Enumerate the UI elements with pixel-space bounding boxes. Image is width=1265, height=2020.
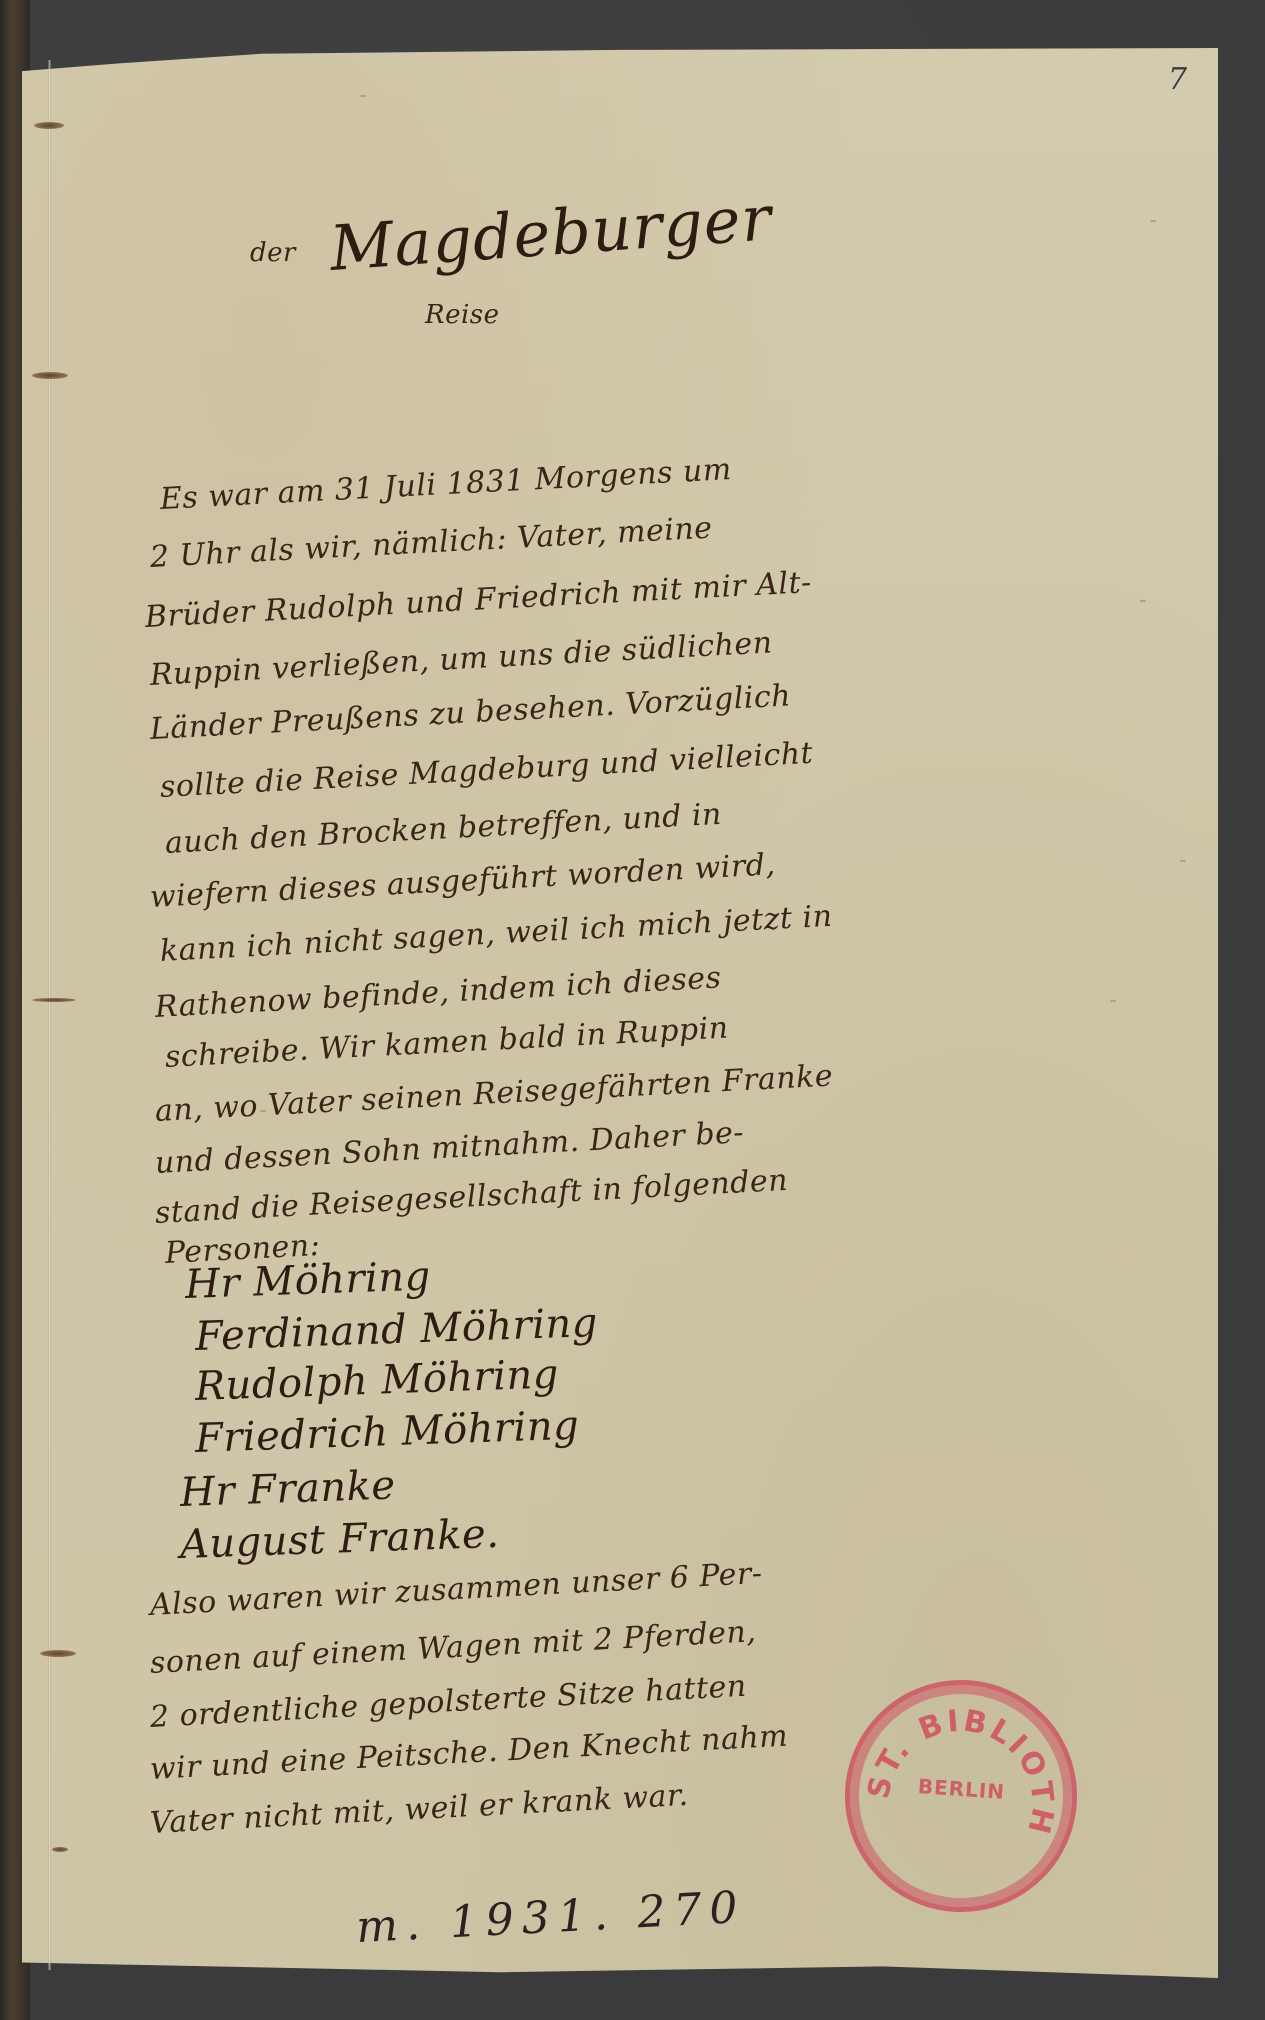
name-entry: Hr Möhring bbox=[184, 1253, 431, 1308]
paper-fleck bbox=[1180, 860, 1186, 862]
svg-text:ST. BIBLIOTHEK: ST. BIBLIOTHEK bbox=[843, 1678, 1071, 1841]
binding-hole bbox=[32, 372, 68, 379]
name-entry: Hr Franke bbox=[179, 1462, 396, 1515]
library-stamp: ST. BIBLIOTHEK BERLIN bbox=[837, 1672, 1085, 1920]
paper-fleck bbox=[1140, 600, 1146, 602]
page-number: 7 bbox=[1168, 62, 1187, 97]
title-subtitle: Reise bbox=[425, 300, 500, 330]
binding-hole bbox=[52, 1847, 68, 1852]
page-fold-line bbox=[48, 60, 51, 1970]
binding-hole bbox=[32, 998, 76, 1002]
paper-fleck bbox=[360, 95, 366, 97]
binding-hole bbox=[34, 122, 64, 129]
paper-fleck bbox=[1150, 220, 1156, 222]
binding-hole bbox=[40, 1650, 76, 1657]
title-prefix: der bbox=[250, 238, 296, 268]
paper-fleck bbox=[1110, 1000, 1116, 1002]
